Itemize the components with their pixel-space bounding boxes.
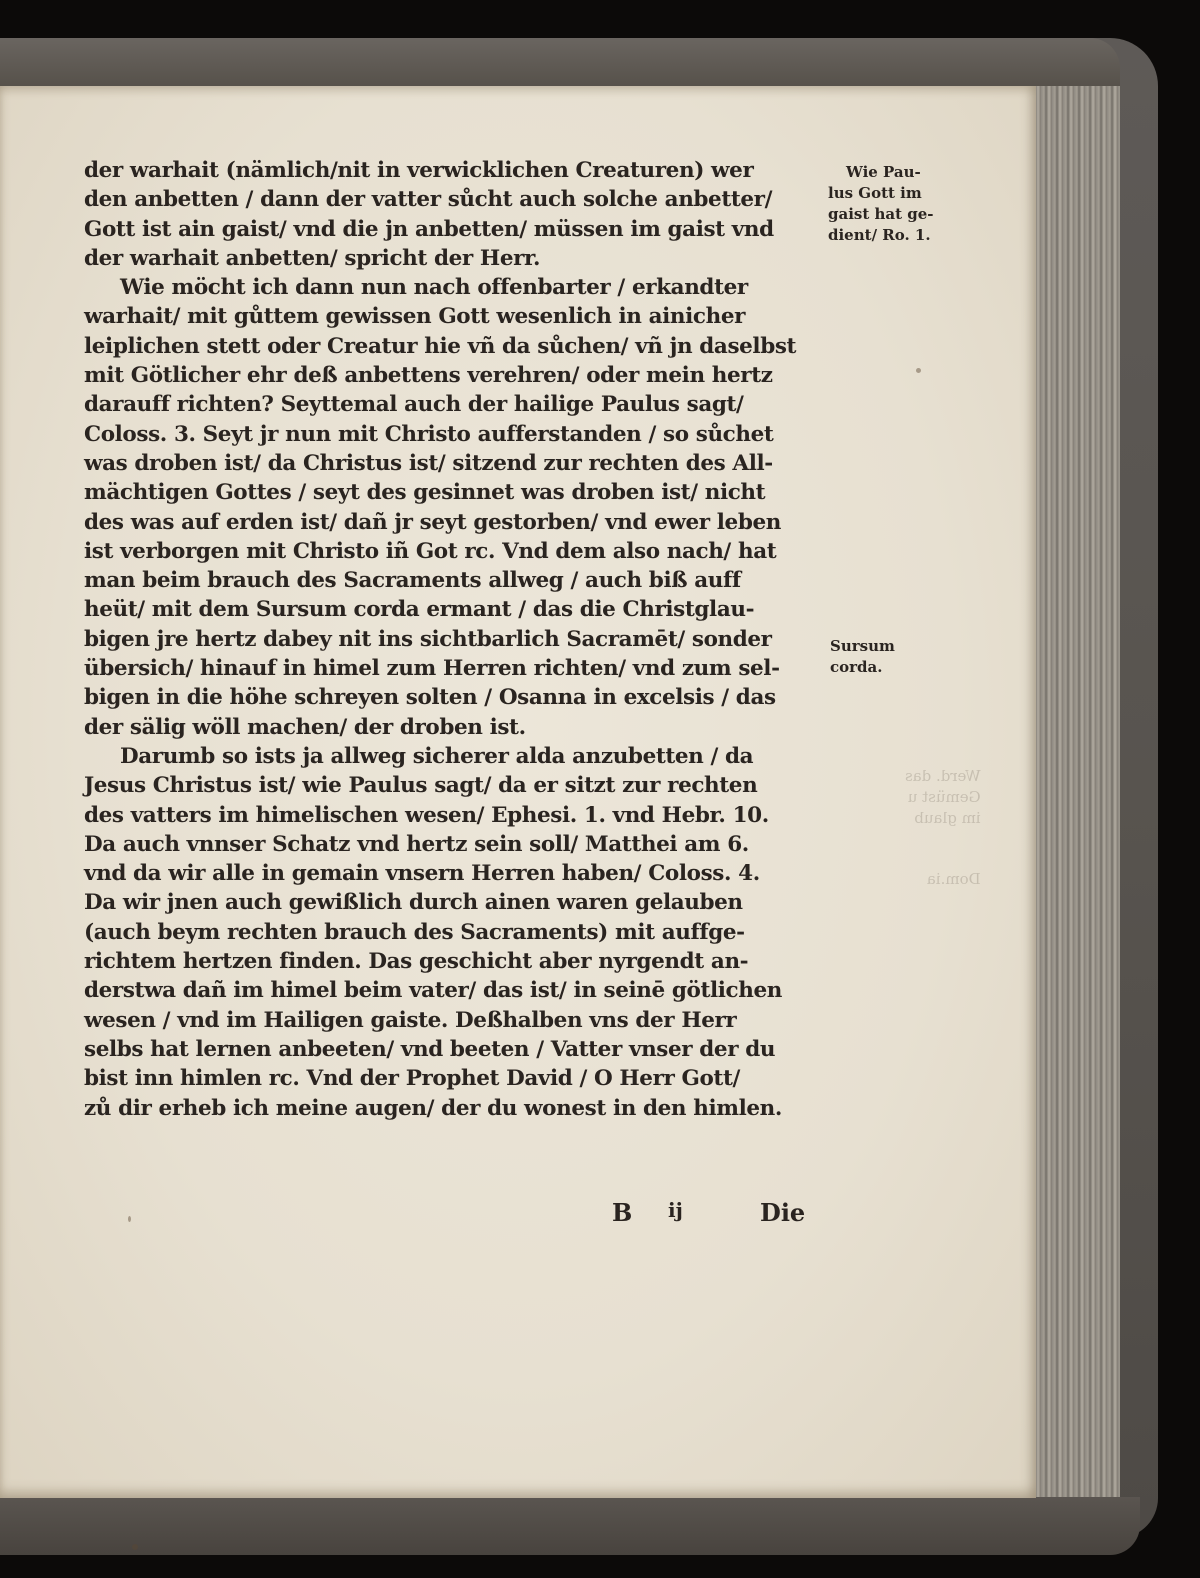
paper-spot xyxy=(916,368,921,373)
paragraph-start-line: Darumb so ists ja allweg sicherer alda a… xyxy=(84,742,824,771)
text-line: des was auf erden ist/ dañ jr seyt gesto… xyxy=(84,508,824,537)
text-line: selbs hat lernen anbeeten/ vnd beeten / … xyxy=(84,1035,824,1064)
text-line: warhait/ mit gůttem gewissen Gott wesenl… xyxy=(84,302,824,331)
text-line: mächtigen Gottes / seyt des gesinnet was… xyxy=(84,478,824,507)
text-line: was droben ist/ da Christus ist/ sitzend… xyxy=(84,449,824,478)
text-line: man beim brauch des Sacraments allweg / … xyxy=(84,566,824,595)
signature-number: ij xyxy=(668,1198,683,1222)
signature-mark: B xyxy=(612,1198,632,1227)
text-line: Gott ist ain gaist/ vnd die jn anbetten/… xyxy=(84,215,824,244)
text-line: vnd da wir alle in gemain vnsern Herren … xyxy=(84,859,824,888)
text-line: der sälig wöll machen/ der droben ist. xyxy=(84,713,824,742)
text-line: leiplichen stett oder Creatur hie vñ da … xyxy=(84,332,824,361)
text-line: darauff richten? Seyttemal auch der hail… xyxy=(84,390,824,419)
text-line: bigen in die höhe schreyen solten / Osan… xyxy=(84,683,824,712)
text-line: wesen / vnd im Hailigen gaiste. Deßhalbe… xyxy=(84,1006,824,1035)
text-line: (auch beym rechten brauch des Sacraments… xyxy=(84,918,824,947)
page-block-fore-edge xyxy=(1030,86,1120,1504)
text-line: ist verborgen mit Christo iñ Got rc. Vnd… xyxy=(84,537,824,566)
paper-spot xyxy=(128,1216,131,1222)
show-through-text: Werd. das Gemüst u im glaub Dom.ia xyxy=(905,766,981,890)
text-line: übersich/ hinauf in himel zum Herren ric… xyxy=(84,654,824,683)
text-line: Da auch vnnser Schatz vnd hertz sein sol… xyxy=(84,830,824,859)
binding-top-edge xyxy=(0,38,1120,90)
text-line: Da wir jnen auch gewißlich durch ainen w… xyxy=(84,888,824,917)
body-text-block: der warhait (nämlich/nit in verwickliche… xyxy=(84,156,824,1123)
marginal-note-sursum-corda: Sursum corda. xyxy=(830,636,895,678)
text-line: bigen jre hertz dabey nit ins sichtbarli… xyxy=(84,625,824,654)
binding-bottom-edge xyxy=(0,1497,1140,1555)
text-line: Coloss. 3. Seyt jr nun mit Christo auffe… xyxy=(84,420,824,449)
text-line: der warhait (nämlich/nit in verwickliche… xyxy=(84,156,824,185)
text-line: zů dir erheb ich meine augen/ der du won… xyxy=(84,1094,824,1123)
text-line: bist inn himlen rc. Vnd der Prophet Davi… xyxy=(84,1064,824,1093)
catchword: Die xyxy=(760,1198,805,1227)
text-line: der warhait anbetten/ spricht der Herr. xyxy=(84,244,824,273)
text-line: heüt/ mit dem Sursum corda ermant / das … xyxy=(84,595,824,624)
text-line: richtem hertzen finden. Das geschicht ab… xyxy=(84,947,824,976)
text-line: des vatters im himelischen wesen/ Ephesi… xyxy=(84,801,824,830)
book-page: Werd. das Gemüst u im glaub Dom.ia der w… xyxy=(0,86,1036,1498)
text-line: Jesus Christus ist/ wie Paulus sagt/ da … xyxy=(84,771,824,800)
marginal-note-paul: Wie Pau- lus Gott im gaist hat ge- dient… xyxy=(828,162,934,246)
paragraph-start-line: Wie möcht ich dann nun nach offenbarter … xyxy=(84,273,824,302)
text-line: den anbetten / dann der vatter sůcht auc… xyxy=(84,185,824,214)
paper-spot xyxy=(132,1544,138,1550)
text-line: mit Götlicher ehr deß anbettens verehren… xyxy=(84,361,824,390)
text-line: derstwa dañ im himel beim vater/ das ist… xyxy=(84,976,824,1005)
